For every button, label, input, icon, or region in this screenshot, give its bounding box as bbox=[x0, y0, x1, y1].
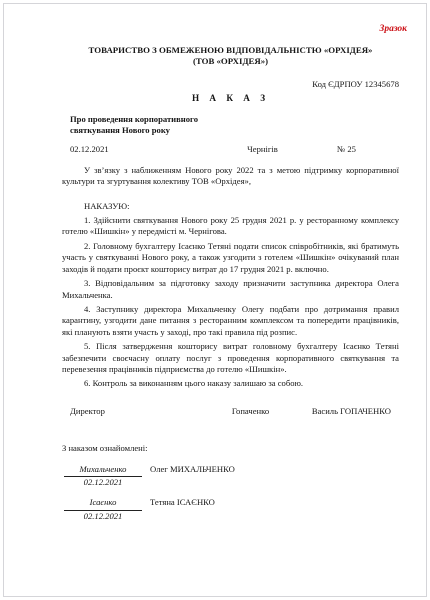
document-page: Зразок ТОВАРИСТВО З ОБМЕЖЕНОЮ ВІДПОВІДАЛ… bbox=[3, 3, 427, 597]
printed-name-2: Тетяна ІСАЄНКО bbox=[150, 497, 215, 508]
company-title: ТОВАРИСТВО З ОБМЕЖЕНОЮ ВІДПОВІДАЛЬНІСТЮ … bbox=[62, 45, 399, 68]
order-item-4: 4. Заступнику директора Михальченку Олег… bbox=[62, 304, 399, 338]
order-meta-row: 02.12.2021 Чернігів № 25 bbox=[62, 144, 399, 155]
company-title-line1: ТОВАРИСТВО З ОБМЕЖЕНОЮ ВІДПОВІДАЛЬНІСТЮ … bbox=[62, 45, 399, 56]
order-item-5: 5. Після затвердження кошторису витрат г… bbox=[62, 341, 399, 375]
order-subject: Про проведення корпоративного святкуванн… bbox=[62, 114, 399, 137]
order-city: Чернігів bbox=[188, 144, 337, 155]
order-heading: НАКАЗУЮ: bbox=[62, 201, 399, 212]
director-handwritten-signature: Гопаченко bbox=[210, 406, 291, 417]
company-title-line2: (ТОВ «ОРХІДЕЯ») bbox=[62, 56, 399, 67]
order-item-3: 3. Відповідальним за підготовку заходу п… bbox=[62, 278, 399, 301]
intro-paragraph: У зв’язку з наближенням Нового року 2022… bbox=[62, 165, 399, 188]
director-full-name: Василь ГОПАЧЕНКО bbox=[291, 406, 391, 417]
order-subject-line2: святкування Нового року bbox=[70, 125, 399, 136]
order-item-6: 6. Контроль за виконанням цього наказу з… bbox=[62, 378, 399, 389]
director-signature-row: Директор Гопаченко Василь ГОПАЧЕНКО bbox=[62, 406, 399, 417]
signature-date-1: 02.12.2021 bbox=[84, 477, 123, 488]
signature-block-2: Ісаєнко 02.12.2021 bbox=[64, 497, 142, 522]
acknowledgement-entry-2: Ісаєнко 02.12.2021 Тетяна ІСАЄНКО bbox=[62, 497, 399, 522]
handwritten-signature-1: Михальченко bbox=[64, 464, 142, 477]
signature-block-1: Михальченко 02.12.2021 bbox=[64, 464, 142, 489]
sample-watermark: Зразок bbox=[380, 24, 407, 35]
director-position-label: Директор bbox=[70, 406, 210, 417]
order-item-1: 1. Здійснити святкування Нового року 25 … bbox=[62, 215, 399, 238]
order-date: 02.12.2021 bbox=[70, 144, 188, 155]
order-subject-line1: Про проведення корпоративного bbox=[70, 114, 399, 125]
printed-name-1: Олег МИХАЛЬЧЕНКО bbox=[150, 464, 235, 475]
document-type-heading: Н А К А З bbox=[62, 93, 399, 104]
signature-date-2: 02.12.2021 bbox=[84, 511, 123, 522]
order-number: № 25 bbox=[337, 144, 399, 155]
acknowledgement-entry-1: Михальченко 02.12.2021 Олег МИХАЛЬЧЕНКО bbox=[62, 464, 399, 489]
handwritten-signature-2: Ісаєнко bbox=[64, 497, 142, 510]
acknowledgement-heading: З наказом ознайомлені: bbox=[62, 443, 399, 454]
order-item-2: 2. Головному бухгалтеру Ісаєнко Тетяні п… bbox=[62, 241, 399, 275]
edrpou-code: Код ЄДРПОУ 12345678 bbox=[62, 79, 399, 90]
